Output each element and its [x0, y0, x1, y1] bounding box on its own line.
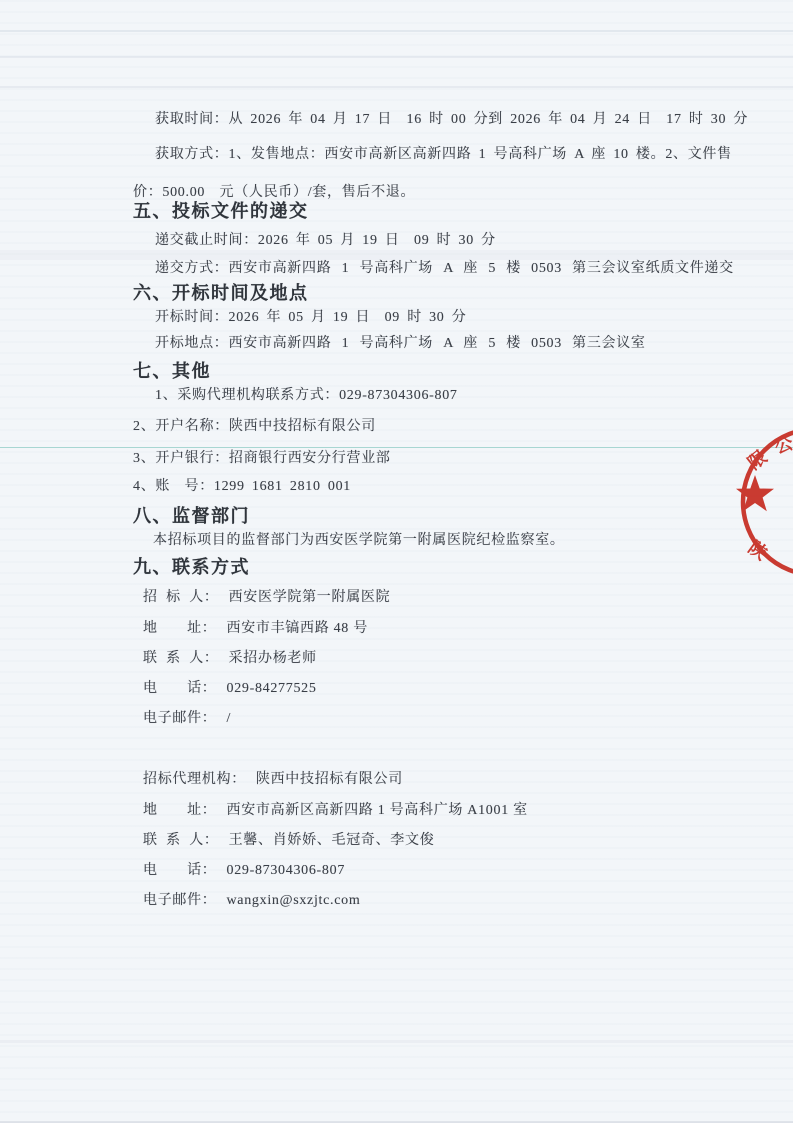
contact-row-agency-phone: 电 话：029-87304306-807 [143, 860, 345, 881]
contact-value: 王馨、肖娇娇、毛冠奇、李文俊 [229, 833, 435, 848]
contact-row-agency-address: 地 址：西安市高新区高新四路 1 号高科广场 A1001 室 [143, 800, 528, 821]
para-open-place: 开标地点：西安市高新四路 1 号高科广场 A 座 5 楼 0503 第三会议室 [155, 334, 646, 354]
contact-label: 地 址： [143, 803, 217, 818]
para-acquire-method-1: 获取方式：1、发售地点：西安市高新区高新四路 1 号高科广场 A 座 10 楼。… [155, 145, 732, 165]
contact-label: 电子邮件： [143, 893, 217, 908]
contact-row-tenderer-person: 联 系 人：采招办杨老师 [143, 648, 317, 669]
contact-value: 西安市丰镐西路 48 号 [227, 621, 368, 636]
contact-value: 西安医学院第一附属医院 [229, 590, 391, 605]
contact-value: 029-84277525 [227, 681, 317, 696]
contact-row-tenderer-phone: 电 话：029-84277525 [143, 678, 317, 699]
contact-row-tenderer-email: 电子邮件：/ [143, 708, 231, 729]
section-heading-6: 六、开标时间及地点 [133, 282, 309, 304]
contact-value: wangxin@sxzjtc.com [227, 893, 361, 908]
contact-row-tenderer-address: 地 址：西安市丰镐西路 48 号 [143, 618, 368, 639]
section-heading-9: 九、联系方式 [133, 556, 250, 578]
official-red-seal: 限 公 陕 [735, 422, 793, 582]
para-other-item-1: 1、采购代理机构联系方式：029-87304306-807 [155, 386, 458, 406]
section-heading-5: 五、投标文件的递交 [133, 200, 309, 222]
contact-label: 电子邮件： [143, 711, 217, 726]
contact-value: 陕西中技招标有限公司 [256, 772, 403, 787]
contact-row-agency-person: 联 系 人：王馨、肖娇娇、毛冠奇、李文俊 [143, 830, 434, 851]
scanner-line-artifact [0, 447, 793, 448]
contact-label: 联 系 人： [143, 833, 219, 848]
scan-streak [0, 1040, 793, 1043]
contact-value: 西安市高新区高新四路 1 号高科广场 A1001 室 [227, 803, 528, 818]
contact-row-tenderer-name: 招 标 人：西安医学院第一附属医院 [143, 587, 390, 608]
document-page: 获取时间：从 2026 年 04 月 17 日 16 时 00 分到 2026 … [0, 0, 793, 1123]
contact-label: 招标代理机构： [143, 772, 246, 787]
para-other-item-3: 3、开户银行：招商银行西安分行营业部 [133, 449, 391, 469]
para-acquire-time: 获取时间：从 2026 年 04 月 17 日 16 时 00 分到 2026 … [155, 110, 748, 130]
scan-streak [0, 86, 793, 88]
scan-streak [0, 30, 793, 32]
contact-row-agency-name: 招标代理机构：陕西中技招标有限公司 [143, 769, 403, 790]
para-supervision: 本招标项目的监督部门为西安医学院第一附属医院纪检监察室。 [153, 531, 565, 551]
contact-value: 采招办杨老师 [229, 651, 317, 666]
contact-value: 029-87304306-807 [227, 863, 346, 878]
contact-label: 地 址： [143, 621, 217, 636]
para-other-item-4: 4、账 号：1299 1681 2810 001 [133, 477, 351, 497]
contact-label: 招 标 人： [143, 590, 219, 605]
scan-streak [0, 56, 793, 58]
contact-row-agency-email: 电子邮件：wangxin@sxzjtc.com [143, 890, 360, 911]
section-heading-8: 八、监督部门 [133, 505, 250, 527]
section-heading-7: 七、其他 [133, 360, 211, 382]
contact-label: 联 系 人： [143, 651, 219, 666]
contact-value: / [227, 711, 232, 726]
seal-char-bottom: 陕 [745, 536, 772, 564]
seal-char-top-right: 公 [772, 433, 793, 458]
contact-label: 电 话： [143, 863, 217, 878]
para-open-time: 开标时间：2026 年 05 月 19 日 09 时 30 分 [155, 308, 466, 328]
para-submit-deadline: 递交截止时间：2026 年 05 月 19 日 09 时 30 分 [155, 231, 496, 251]
para-submit-method: 递交方式：西安市高新四路 1 号高科广场 A 座 5 楼 0503 第三会议室纸… [155, 259, 734, 279]
contact-label: 电 话： [143, 681, 217, 696]
para-other-item-2: 2、开户名称：陕西中技招标有限公司 [133, 417, 376, 437]
